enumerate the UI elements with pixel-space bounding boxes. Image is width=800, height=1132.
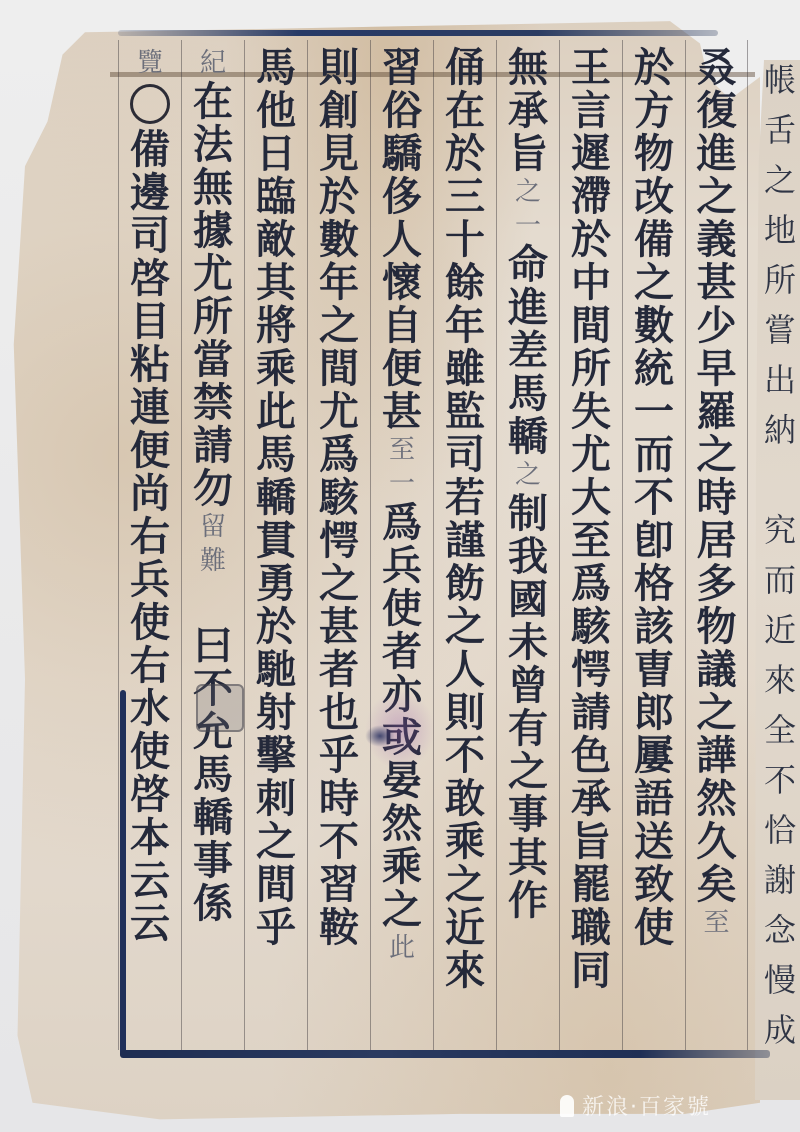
character: 叒 — [697, 46, 737, 89]
character: 則 — [445, 691, 485, 734]
character: 制 — [508, 492, 548, 535]
character: 乎 — [319, 734, 359, 777]
ink-blot — [365, 725, 395, 747]
character: 愕 — [571, 648, 611, 691]
watermark-text: 新浪·百家號 — [582, 1090, 711, 1121]
character: 備 — [130, 128, 170, 171]
character: 於 — [571, 218, 611, 261]
character: 右 — [130, 644, 170, 687]
character: 司 — [445, 433, 485, 476]
fragment-character: 全 — [764, 710, 796, 760]
character: 旨 — [508, 132, 548, 175]
character: 方 — [634, 89, 674, 132]
character: 乘 — [382, 845, 422, 888]
character: 之 — [319, 304, 359, 347]
frame-top-border — [118, 30, 718, 36]
character: 致 — [634, 863, 674, 906]
fragment-character: 而 — [764, 560, 796, 610]
character: 便 — [382, 347, 422, 390]
character: 監 — [445, 390, 485, 433]
character: 勿 — [193, 467, 233, 510]
character: 來 — [445, 949, 485, 992]
character: 曰 — [193, 624, 233, 667]
character: 駭 — [319, 476, 359, 519]
text-column-5: 俑在於三十餘年雖監司若謹飭之人則不敢乘之近來 — [433, 40, 496, 1050]
character: 係 — [193, 882, 233, 925]
character: 矣 — [697, 863, 737, 906]
character: 命 — [508, 243, 548, 286]
character: 俗 — [382, 89, 422, 132]
text-column-6: 習俗驕侈人懷自便甚至一爲兵使者亦或晏然乘之此 — [370, 40, 433, 1050]
character: 之 — [697, 433, 737, 476]
character: 人 — [382, 218, 422, 261]
character: 便 — [130, 429, 170, 472]
character: 貫 — [256, 519, 296, 562]
character: 其 — [256, 261, 296, 304]
fragment-character: 納 — [764, 410, 796, 460]
character: 臨 — [256, 175, 296, 218]
character: 覽 — [137, 46, 163, 80]
character: 乘 — [256, 347, 296, 390]
character: 失 — [571, 390, 611, 433]
character: 見 — [319, 132, 359, 175]
character: 敢 — [445, 777, 485, 820]
fragment-character: 慢 — [764, 960, 796, 1010]
character: 差 — [508, 329, 548, 372]
fragment-character: 嘗 — [764, 310, 796, 360]
character: 馬 — [256, 433, 296, 476]
character: 譁 — [697, 734, 737, 777]
character: 據 — [193, 209, 233, 252]
character: 多 — [697, 562, 737, 605]
character: 留 — [200, 510, 226, 544]
character: 於 — [256, 605, 296, 648]
character: 使 — [382, 587, 422, 630]
text-column-1: 叒復進之義甚少早羅之時居多物議之譁然久矣至 — [685, 40, 748, 1050]
character: 尤 — [319, 390, 359, 433]
character: 所 — [193, 295, 233, 338]
character: 數 — [634, 304, 674, 347]
character: 色 — [571, 734, 611, 777]
character: 其 — [508, 836, 548, 879]
character: 數 — [319, 218, 359, 261]
text-column-9: 紀在法無據尤所當禁請勿留難曰不允馬轎事係 — [181, 40, 244, 1050]
character: 者 — [319, 648, 359, 691]
character: 未 — [508, 621, 548, 664]
character: 間 — [256, 863, 296, 906]
character: 之 — [319, 562, 359, 605]
character: 於 — [445, 132, 485, 175]
character: 目 — [130, 300, 170, 343]
fragment-character — [775, 460, 785, 510]
character: 大 — [571, 476, 611, 519]
character: 近 — [445, 906, 485, 949]
person-silhouette-icon — [560, 1095, 574, 1117]
fragment-character: 謝 — [764, 860, 796, 910]
character: 該 — [634, 605, 674, 648]
character: 承 — [571, 777, 611, 820]
character: 尤 — [571, 433, 611, 476]
text-column-2: 於方物改備之數統一而不卽格該曺郎屢語送致使 — [622, 40, 685, 1050]
character: 遲 — [571, 132, 611, 175]
character: 使 — [130, 730, 170, 773]
character: 禁 — [193, 381, 233, 424]
character: 居 — [697, 519, 737, 562]
character: 擊 — [256, 734, 296, 777]
fragment-character: 舌 — [764, 110, 796, 160]
character: 罷 — [571, 863, 611, 906]
character: 送 — [634, 820, 674, 863]
character: 云 — [130, 902, 170, 945]
character: 乘 — [445, 820, 485, 863]
character: 乎 — [256, 906, 296, 949]
fragment-character: 之 — [764, 160, 796, 210]
character: 甚 — [697, 261, 737, 304]
character: 所 — [571, 347, 611, 390]
character: 年 — [445, 304, 485, 347]
character: 久 — [697, 820, 737, 863]
character: 事 — [193, 839, 233, 882]
character: 將 — [256, 304, 296, 347]
character: 無 — [508, 46, 548, 89]
character: 請 — [193, 424, 233, 467]
character: 射 — [256, 691, 296, 734]
character: 承 — [508, 89, 548, 132]
character: 爲 — [571, 562, 611, 605]
character: 習 — [319, 863, 359, 906]
character: 曺 — [634, 648, 674, 691]
character: 使 — [130, 601, 170, 644]
character: 甚 — [382, 390, 422, 433]
character: 格 — [634, 562, 674, 605]
character: 尤 — [193, 252, 233, 295]
circle-mark-icon — [130, 84, 170, 124]
character: 自 — [382, 304, 422, 347]
character: 創 — [319, 89, 359, 132]
character: 物 — [634, 132, 674, 175]
character: 語 — [634, 777, 674, 820]
fragment-character: 所 — [764, 260, 796, 310]
character: 中 — [571, 261, 611, 304]
character: 此 — [389, 931, 415, 965]
character: 事 — [508, 793, 548, 836]
character: 之 — [445, 863, 485, 906]
character: 也 — [319, 691, 359, 734]
character: 之 — [445, 605, 485, 648]
character: 俑 — [445, 46, 485, 89]
character: 馬 — [508, 372, 548, 415]
seal-stamp-icon — [196, 684, 244, 732]
character: 年 — [319, 261, 359, 304]
character: 郎 — [634, 691, 674, 734]
character: 之 — [697, 691, 737, 734]
character: 而 — [634, 433, 674, 476]
fragment-character: 恰 — [764, 810, 796, 860]
character: 難 — [200, 544, 226, 578]
character: 轎 — [193, 796, 233, 839]
character: 則 — [319, 46, 359, 89]
character: 物 — [697, 605, 737, 648]
character: 作 — [508, 879, 548, 922]
character: 無 — [193, 166, 233, 209]
character: 然 — [697, 777, 737, 820]
character: 少 — [697, 304, 737, 347]
character: 至 — [389, 433, 415, 467]
fragment-character: 出 — [764, 360, 796, 410]
character: 職 — [571, 906, 611, 949]
character: 之 — [697, 175, 737, 218]
character: 之 — [508, 750, 548, 793]
fragment-character: 地 — [764, 210, 796, 260]
character: 之 — [515, 458, 541, 492]
character: 之 — [515, 175, 541, 209]
character: 之 — [256, 820, 296, 863]
character: 我 — [508, 535, 548, 578]
character: 三 — [445, 175, 485, 218]
character: 兵 — [382, 544, 422, 587]
character: 紀 — [200, 46, 226, 80]
character: 轎 — [508, 415, 548, 458]
character: 然 — [382, 802, 422, 845]
character: 啓 — [130, 773, 170, 816]
character: 之 — [634, 261, 674, 304]
character: 當 — [193, 338, 233, 381]
character: 馬 — [256, 46, 296, 89]
character: 言 — [571, 89, 611, 132]
character: 粘 — [130, 343, 170, 386]
character: 於 — [319, 175, 359, 218]
character: 至 — [571, 519, 611, 562]
character: 右 — [130, 515, 170, 558]
character: 水 — [130, 687, 170, 730]
character: 謹 — [445, 519, 485, 562]
character: 馬 — [193, 753, 233, 796]
character: 飭 — [445, 562, 485, 605]
watermark: 新浪·百家號 — [560, 1090, 711, 1121]
character: 同 — [571, 949, 611, 992]
character: 云 — [130, 859, 170, 902]
character: 不 — [445, 734, 485, 777]
character: 使 — [634, 906, 674, 949]
character: 不 — [319, 820, 359, 863]
character: 本 — [130, 816, 170, 859]
character: 間 — [571, 304, 611, 347]
character: 十 — [445, 218, 485, 261]
character: 早 — [697, 347, 737, 390]
character: 義 — [697, 218, 737, 261]
character: 爲 — [319, 433, 359, 476]
character: 進 — [697, 132, 737, 175]
character: 時 — [319, 777, 359, 820]
character: 復 — [697, 89, 737, 132]
character: 者 — [382, 630, 422, 673]
character: 屢 — [634, 734, 674, 777]
fragment-character: 來 — [764, 660, 796, 710]
character: 尚 — [130, 472, 170, 515]
character: 一 — [634, 390, 674, 433]
character: 刺 — [256, 777, 296, 820]
character: 至 — [703, 906, 729, 940]
frame-bottom-border — [120, 1050, 770, 1058]
character: 甚 — [319, 605, 359, 648]
character: 習 — [382, 46, 422, 89]
character: 有 — [508, 707, 548, 750]
character: 此 — [256, 390, 296, 433]
character: 間 — [319, 347, 359, 390]
fragment-character: 究 — [764, 510, 796, 560]
character: 滯 — [571, 175, 611, 218]
fragment-character: 不 — [764, 760, 796, 810]
character: 啓 — [130, 257, 170, 300]
character: 統 — [634, 347, 674, 390]
character: 在 — [445, 89, 485, 132]
character: 於 — [634, 46, 674, 89]
character: 鞍 — [319, 906, 359, 949]
character: 羅 — [697, 390, 737, 433]
character: 爲 — [382, 501, 422, 544]
character: 司 — [130, 214, 170, 257]
adjacent-page-text: 帳舌之地所嘗出納 究而近來全不恰謝念慢成 — [760, 60, 800, 1060]
character: 敵 — [256, 218, 296, 261]
character: 雖 — [445, 347, 485, 390]
text-column-10: 覽備邊司啓目粘連便尚右兵使右水使啓本云云 — [118, 40, 181, 1050]
character: 卽 — [634, 519, 674, 562]
character: 懷 — [382, 261, 422, 304]
character: 議 — [697, 648, 737, 691]
text-column-3: 王言遲滯於中間所失尤大至爲駭愕請色承旨罷職同 — [559, 40, 622, 1050]
character: 他 — [256, 89, 296, 132]
character: 馳 — [256, 648, 296, 691]
character: 一 — [515, 209, 541, 243]
text-column-7: 則創見於數年之間尤爲駭愕之甚者也乎時不習鞍 — [307, 40, 370, 1050]
character: 法 — [193, 123, 233, 166]
character: 日 — [256, 132, 296, 175]
character: 人 — [445, 648, 485, 691]
fragment-character: 近 — [764, 610, 796, 660]
character: 之 — [382, 888, 422, 931]
character: 兵 — [130, 558, 170, 601]
character: 連 — [130, 386, 170, 429]
text-columns: 叒復進之義甚少早羅之時居多物議之譁然久矣至於方物改備之數統一而不卽格該曺郎屢語送… — [118, 40, 748, 1050]
character: 勇 — [256, 562, 296, 605]
character: 請 — [571, 691, 611, 734]
character: 改 — [634, 175, 674, 218]
character: 在 — [193, 80, 233, 123]
character: 旨 — [571, 820, 611, 863]
character: 若 — [445, 476, 485, 519]
character: 驕 — [382, 132, 422, 175]
frame-left-border — [120, 690, 126, 1055]
character: 餘 — [445, 261, 485, 304]
character: 曾 — [508, 664, 548, 707]
character: 駭 — [571, 605, 611, 648]
character: 不 — [634, 476, 674, 519]
text-column-4: 無承旨之一命進差馬轎之制我國未曾有之事其作 — [496, 40, 559, 1050]
character: 國 — [508, 578, 548, 621]
character: 邊 — [130, 171, 170, 214]
fragment-character: 念 — [764, 910, 796, 960]
text-column-8: 馬他日臨敵其將乘此馬轎貫勇於馳射擊刺之間乎 — [244, 40, 307, 1050]
fragment-character: 帳 — [764, 60, 796, 110]
character: 時 — [697, 476, 737, 519]
character: 王 — [571, 46, 611, 89]
character: 進 — [508, 286, 548, 329]
character: 備 — [634, 218, 674, 261]
character: 一 — [389, 467, 415, 501]
character: 愕 — [319, 519, 359, 562]
character: 轎 — [256, 476, 296, 519]
character: 侈 — [382, 175, 422, 218]
